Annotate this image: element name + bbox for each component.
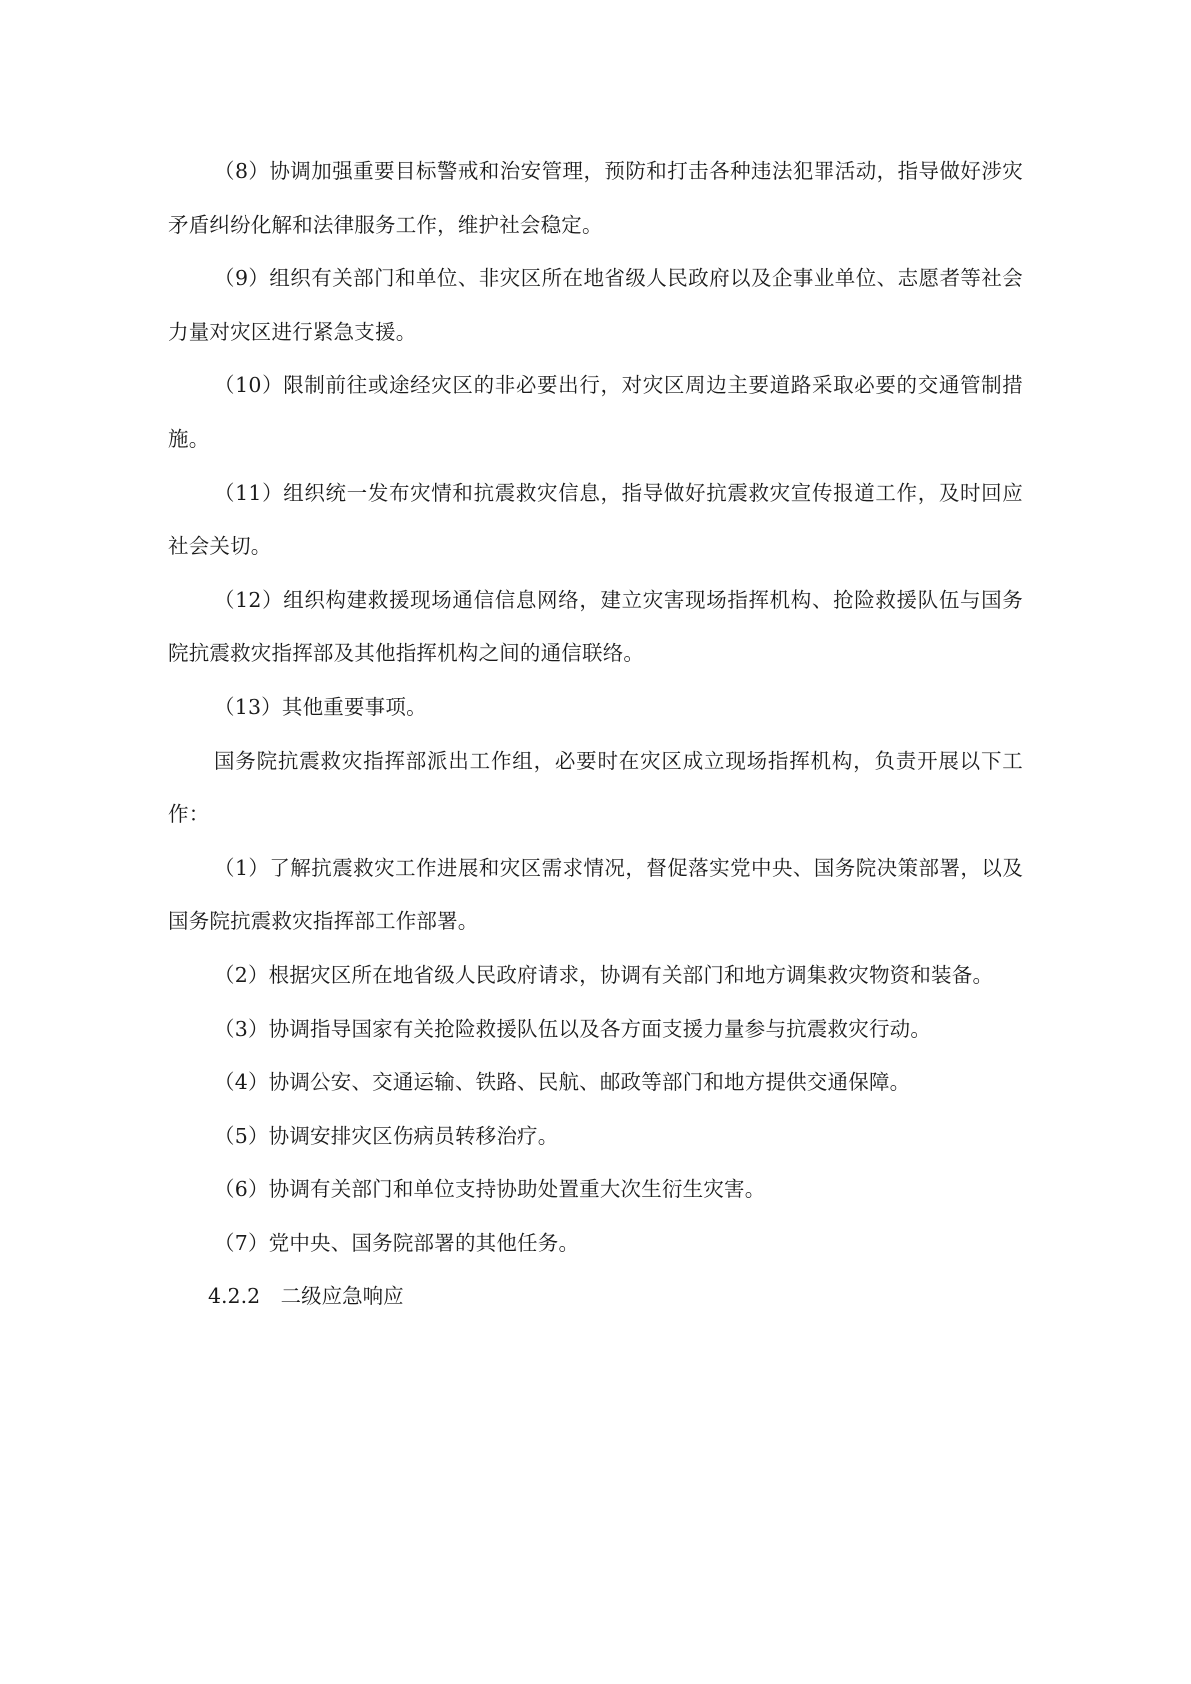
paragraph-task-3: （3）协调指导国家有关抢险救援队伍以及各方面支援力量参与抗震救灾行动。 [168, 1003, 1023, 1057]
paragraph-task-5: （5）协调安排灾区伤病员转移治疗。 [168, 1110, 1023, 1164]
paragraph-item-11: （11）组织统一发布灾情和抗震救灾信息，指导做好抗震救灾宣传报道工作，及时回应社… [168, 467, 1023, 574]
paragraph-item-13: （13）其他重要事项。 [168, 681, 1023, 735]
paragraph-item-9: （9）组织有关部门和单位、非灾区所在地省级人民政府以及企事业单位、志愿者等社会力… [168, 252, 1023, 359]
paragraph-task-2: （2）根据灾区所在地省级人民政府请求，协调有关部门和地方调集救灾物资和装备。 [168, 949, 1023, 1003]
paragraph-item-12: （12）组织构建救援现场通信信息网络，建立灾害现场指挥机构、抢险救援队伍与国务院… [168, 574, 1023, 681]
paragraph-task-6: （6）协调有关部门和单位支持协助处置重大次生衍生灾害。 [168, 1163, 1023, 1217]
paragraph-item-8: （8）协调加强重要目标警戒和治安管理，预防和打击各种违法犯罪活动，指导做好涉灾矛… [168, 145, 1023, 252]
section-heading: 4.2.2 二级应急响应 [168, 1270, 1023, 1324]
paragraph-item-10: （10）限制前往或途经灾区的非必要出行，对灾区周边主要道路采取必要的交通管制措施… [168, 359, 1023, 466]
paragraph-task-7: （7）党中央、国务院部署的其他任务。 [168, 1217, 1023, 1271]
paragraph-work-group-intro: 国务院抗震救灾指挥部派出工作组，必要时在灾区成立现场指挥机构，负责开展以下工作： [168, 735, 1023, 842]
paragraph-task-4: （4）协调公安、交通运输、铁路、民航、邮政等部门和地方提供交通保障。 [168, 1056, 1023, 1110]
document-page: （8）协调加强重要目标警戒和治安管理，预防和打击各种违法犯罪活动，指导做好涉灾矛… [168, 145, 1023, 1324]
paragraph-task-1: （1）了解抗震救灾工作进展和灾区需求情况，督促落实党中央、国务院决策部署，以及国… [168, 842, 1023, 949]
